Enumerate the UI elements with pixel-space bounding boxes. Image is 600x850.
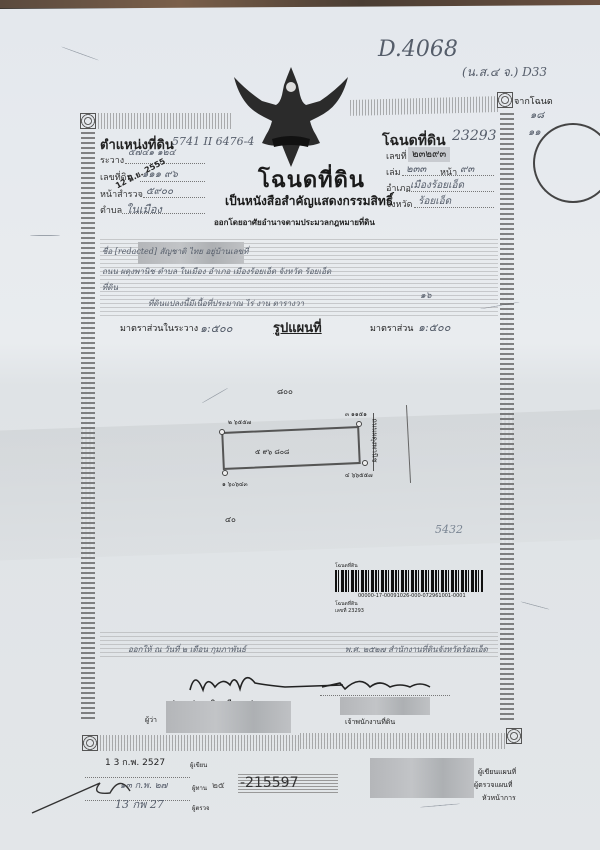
map-north-marker: ๘๐๐ <box>277 385 293 398</box>
barcode-number: 00000-17-00091026-000-072961001-0001 <box>358 593 466 599</box>
ornament-corner-tl <box>80 113 96 129</box>
scratch-mark <box>420 803 460 807</box>
boundary-pin-nw <box>219 429 225 435</box>
ornament-corner-br <box>506 728 522 744</box>
border-pattern-bottom-right <box>300 733 505 749</box>
redacted-signer-title-left <box>166 701 291 733</box>
barcode-header: โฉนดที่ดิน <box>335 562 358 570</box>
scratch-mark <box>61 46 99 61</box>
serial-prefix: ๒๕ <box>212 778 225 792</box>
number-label: เลขที่ <box>386 149 407 163</box>
handwritten-scribble-icon <box>30 765 150 815</box>
owner-line-2: ถนน ผดุงพานิช ตำบล ในเมือง อำเภอ เมืองร้… <box>102 265 331 278</box>
from-deed-label: จากโฉนด <box>514 94 553 108</box>
boundary-pin-ne <box>356 421 362 427</box>
signature-line <box>320 695 450 696</box>
border-pattern-left <box>81 131 95 719</box>
corner-label-se: ๔ ๖๖๕๕๗ <box>345 470 373 480</box>
parcel-label: ๕ ๙๖ ๘๐๘ <box>255 447 289 458</box>
scale-between-label: มาตราส่วนในระวาง <box>120 321 198 335</box>
issuing-office-text: พ.ศ. ๒๕๒๗ สำนักงานที่ดินจังหวัดร้อยเอ็ด <box>345 643 488 656</box>
area-value: ๑๖ <box>420 288 431 302</box>
corner-label-sw: ๑ ๖๐๖๔๓ <box>222 479 248 489</box>
garuda-emblem-icon <box>232 63 350 168</box>
inspector-label: ผู้ตรวจ <box>192 803 210 813</box>
ornament-corner-bl <box>82 735 98 751</box>
land-deed-paper: D.4068 (น.ส.๔ จ.) D33 โฉนดที่ดิน เป็นหนั… <box>0 5 600 850</box>
border-pattern-top-right <box>350 96 498 116</box>
issued-date-text: ออกให้ ณ วันที่ ๒ เดือน กุมภาพันธ์ <box>128 643 246 656</box>
sheet-value: ๕๗๔๑ ๑๒๔ <box>128 145 175 159</box>
field-underline <box>414 207 494 208</box>
border-pattern-top-left <box>98 113 232 129</box>
scale-between-value: ๑:๕๐๐ <box>200 319 232 337</box>
redacted-official-signature <box>370 758 474 798</box>
handwritten-note: 5432 <box>435 523 463 536</box>
border-pattern-bottom-left <box>100 735 300 751</box>
border-pattern-right <box>500 110 514 720</box>
subdistrict-value: ในเมือง <box>126 200 162 218</box>
field-underline <box>143 197 205 198</box>
corner-label-ne: ๓ ๑๑๕๑ <box>345 409 367 419</box>
field-underline <box>406 191 494 192</box>
scale-label: มาตราส่วน <box>370 321 413 335</box>
signature-right-icon <box>320 673 440 695</box>
sheet-label: ระวาง <box>100 153 124 167</box>
deed-number-value: 23293 <box>452 128 497 144</box>
district-label: อำเภอ <box>386 181 411 195</box>
signer-right-title: เจ้าพนักงานที่ดิน <box>345 717 395 728</box>
boundary-pin-se <box>362 460 368 466</box>
map-writer-label: ผู้เขียนแผนที่ <box>478 767 516 778</box>
field-underline <box>122 213 205 214</box>
map-section-title: รูปแผนที่ <box>273 317 322 338</box>
field-underline <box>402 175 494 176</box>
barcode-deed-number: เลขที่ 23293 <box>335 607 364 615</box>
boundary-pin-sw <box>222 470 228 476</box>
form-code: (น.ส.๔ จ.) D33 <box>462 63 547 82</box>
subdistrict-label: ตำบล <box>100 203 122 217</box>
redacted-signer-title-right <box>340 697 430 715</box>
checker-label: ผู้ทาน <box>192 783 207 793</box>
parcel-boundary <box>221 426 361 470</box>
province-label: จังหวัด <box>386 197 413 211</box>
scratch-mark <box>520 601 549 610</box>
field-underline <box>140 181 205 182</box>
corner-label-nw: ๒ ๖๕๕๗ <box>228 417 251 427</box>
issued-by-text: ออกโดยอาศัยอำนาจตามประมวลกฎหมายที่ดิน <box>214 216 375 229</box>
chief-label: หัวหน้าการ <box>482 793 516 804</box>
handwritten-reference: D.4068 <box>378 37 458 62</box>
scratch-mark <box>30 235 60 236</box>
writer-label: ผู้เขียน <box>190 760 207 770</box>
book-label: เล่ม <box>386 165 401 179</box>
owner-line-4: ที่ดินแปลงนี้มีเนื้อที่ประมาณ ไร่ งาน ตา… <box>148 297 304 310</box>
from-deed-value-2: ๑๑ <box>528 125 541 140</box>
number-value: ๒๓๒๙๓ <box>408 147 450 162</box>
signer-left-title: ผู้ว่า <box>145 715 157 726</box>
owner-line-1: ชื่อ [redacted] สัญชาติ ไทย อยู่บ้านเลขท… <box>102 245 248 258</box>
scratch-mark <box>202 388 228 404</box>
barcode <box>335 570 483 592</box>
scale-value: ๑:๕๐๐ <box>418 318 450 336</box>
position-value: 5741 II 6476-4 <box>172 135 254 148</box>
official-round-stamp <box>533 123 600 203</box>
map-south-marker: ๔๐ <box>225 513 236 526</box>
map-checker-label: ผู้ตรวจแผนที่ <box>474 780 512 791</box>
owner-line-3: ที่ดิน <box>102 281 118 294</box>
road-label: ถนนผดุงพานิช <box>368 419 379 463</box>
from-deed-value-1: ๑๘ <box>530 108 544 123</box>
page-label: หน้า <box>440 165 457 179</box>
document-subtitle: เป็นหนังสือสำคัญแสดงกรรมสิทธิ์ <box>225 192 393 211</box>
ornament-corner-tr <box>497 92 513 108</box>
serial-number: -215597 <box>240 775 299 791</box>
